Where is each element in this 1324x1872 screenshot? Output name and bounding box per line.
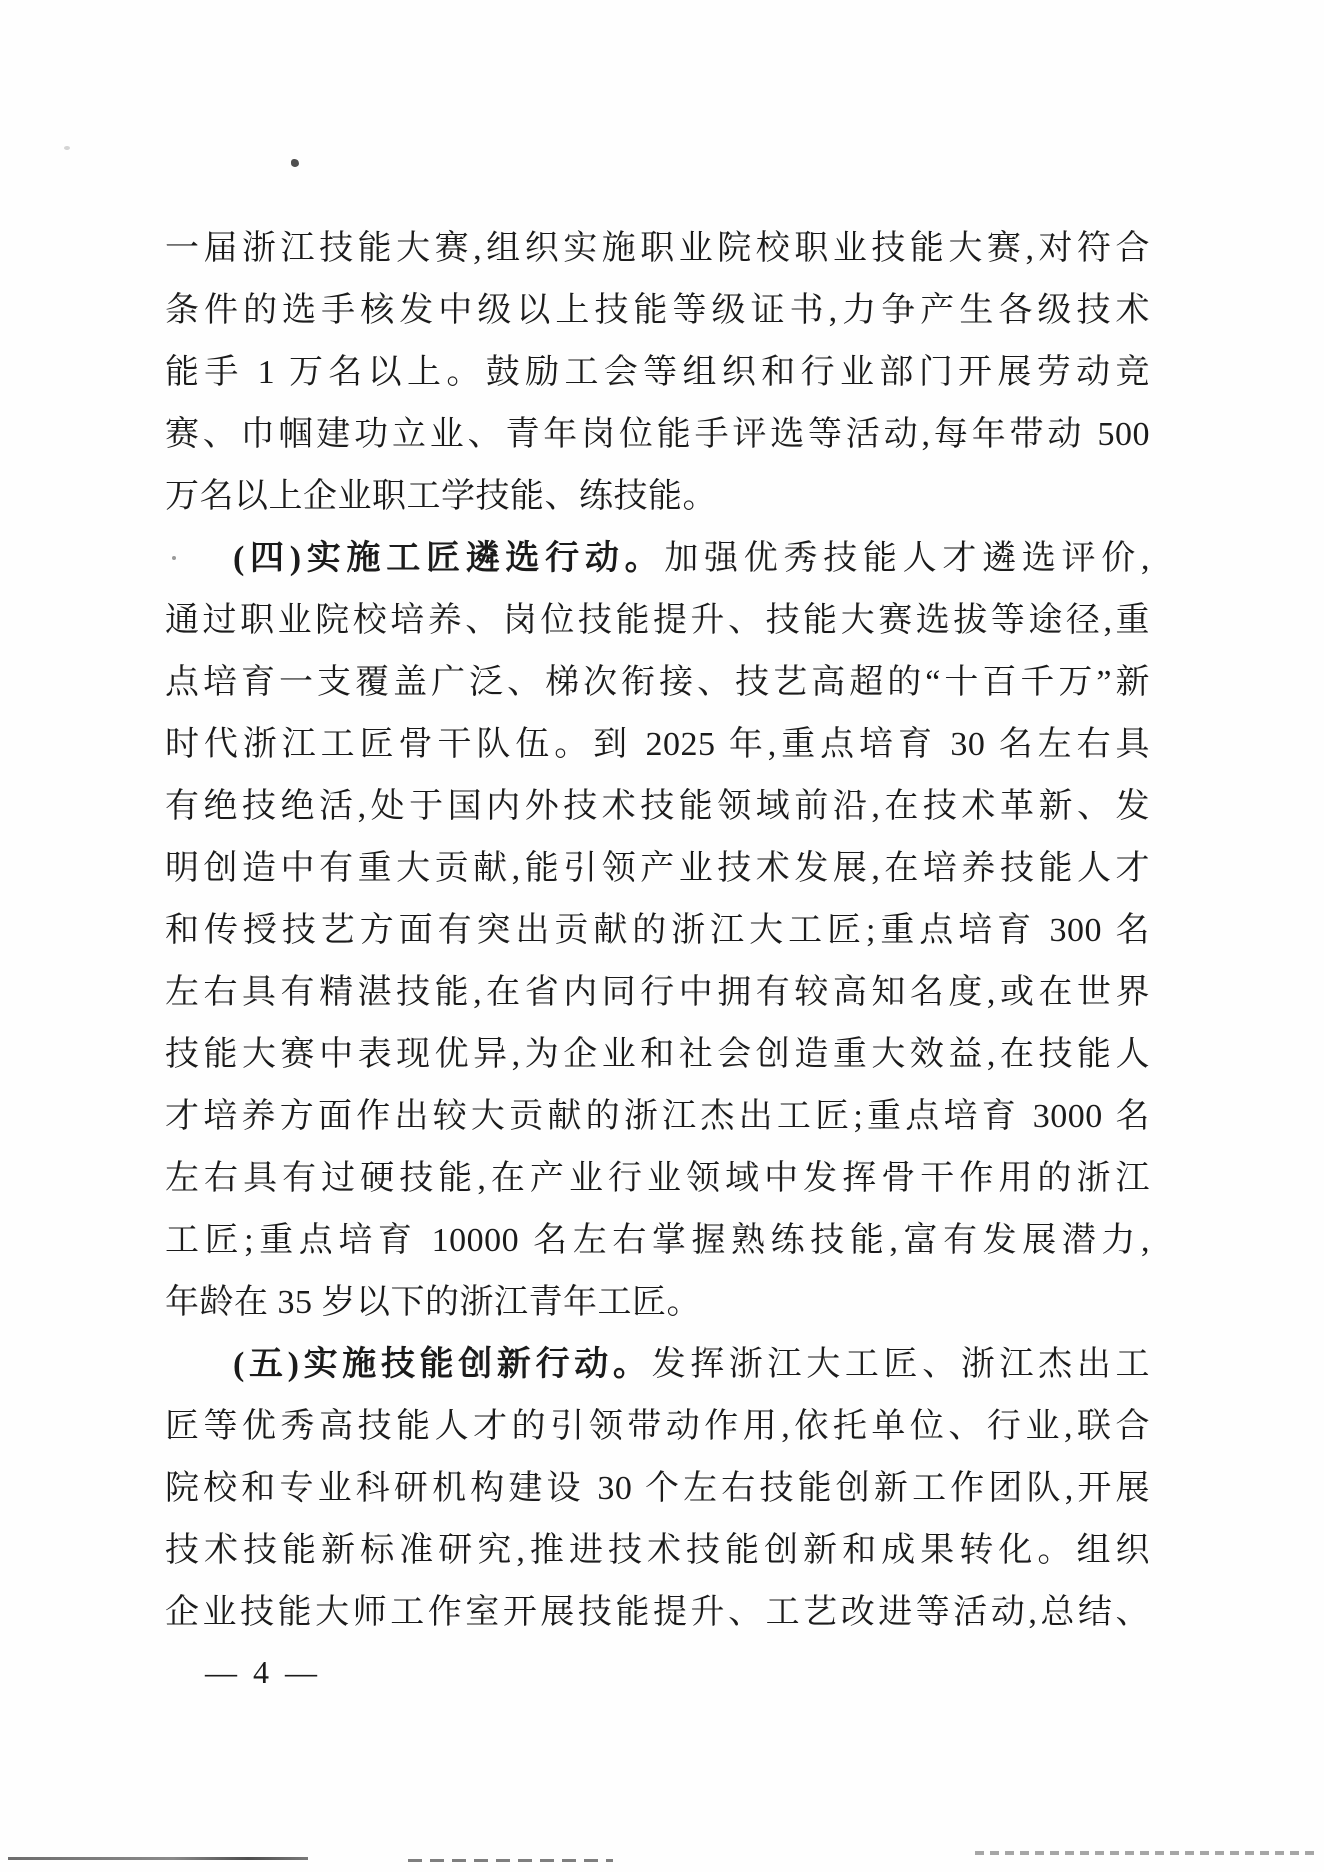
body-line: 赛、巾帼建功立业、青年岗位能手评选等活动,每年带动 500 [165, 404, 1150, 466]
body-line: 才培养方面作出较大贡献的浙江杰出工匠;重点培育 3000 名 [165, 1086, 1150, 1148]
body-line: 企业技能大师工作室开展技能提升、工艺改进等活动,总结、 [165, 1582, 1150, 1644]
body-line: 技能大赛中表现优异,为企业和社会创造重大效益,在技能人 [165, 1024, 1150, 1086]
body-line: 和传授技艺方面有突出贡献的浙江大工匠;重点培育 300 名 [165, 900, 1150, 962]
body-line: 万名以上企业职工学技能、练技能。 [165, 466, 1150, 528]
body-line: 左右具有精湛技能,在省内同行中拥有较高知名度,或在世界 [165, 962, 1150, 1024]
body-line: 匠等优秀高技能人才的引领带动作用,依托单位、行业,联合 [165, 1396, 1150, 1458]
document-body: 一届浙江技能大赛,组织实施职业院校职业技能大赛,对符合 条件的选手核发中级以上技… [165, 218, 1150, 1644]
paragraph-heading: (五)实施技能创新行动。 [233, 1346, 652, 1383]
scan-noise-line [975, 1851, 1320, 1855]
scan-speck [291, 159, 299, 167]
body-line: 条件的选手核发中级以上技能等级证书,力争产生各级技术 [165, 280, 1150, 342]
paragraph-text: 发挥浙江大工匠、浙江杰出工 [652, 1346, 1150, 1383]
body-line: 技术技能新标准研究,推进技术技能创新和成果转化。组织 [165, 1520, 1150, 1582]
paragraph-first-line: (四)实施工匠遴选行动。加强优秀技能人才遴选评价, [165, 528, 1150, 590]
scan-noise-line [8, 1857, 308, 1860]
body-line: 明创造中有重大贡献,能引领产业技术发展,在培养技能人才 [165, 838, 1150, 900]
body-line: 时代浙江工匠骨干队伍。到 2025 年,重点培育 30 名左右具 [165, 714, 1150, 776]
paragraph-heading: (四)实施工匠遴选行动。 [233, 540, 664, 577]
body-line: 有绝技绝活,处于国内外技术技能领域前沿,在技术革新、发 [165, 776, 1150, 838]
page-number: — 4 — [205, 1652, 321, 1692]
body-line: 点培育一支覆盖广泛、梯次衔接、技艺高超的“十百千万”新 [165, 652, 1150, 714]
paragraph-text: 加强优秀技能人才遴选评价, [664, 540, 1150, 577]
scan-speck [64, 146, 70, 150]
paragraph-first-line: (五)实施技能创新行动。发挥浙江大工匠、浙江杰出工 [165, 1334, 1150, 1396]
body-line: 工匠;重点培育 10000 名左右掌握熟练技能,富有发展潜力, [165, 1210, 1150, 1272]
body-line: 通过职业院校培养、岗位技能提升、技能大赛选拔等途径,重 [165, 590, 1150, 652]
body-line: 院校和专业科研机构建设 30 个左右技能创新工作团队,开展 [165, 1458, 1150, 1520]
body-line: 一届浙江技能大赛,组织实施职业院校职业技能大赛,对符合 [165, 218, 1150, 280]
body-line: 左右具有过硬技能,在产业行业领域中发挥骨干作用的浙江 [165, 1148, 1150, 1210]
scan-noise-line [408, 1859, 613, 1862]
document-page: 一届浙江技能大赛,组织实施职业院校职业技能大赛,对符合 条件的选手核发中级以上技… [0, 0, 1324, 1872]
body-line: 能手 1 万名以上。鼓励工会等组织和行业部门开展劳动竞 [165, 342, 1150, 404]
body-line: 年龄在 35 岁以下的浙江青年工匠。 [165, 1272, 1150, 1334]
